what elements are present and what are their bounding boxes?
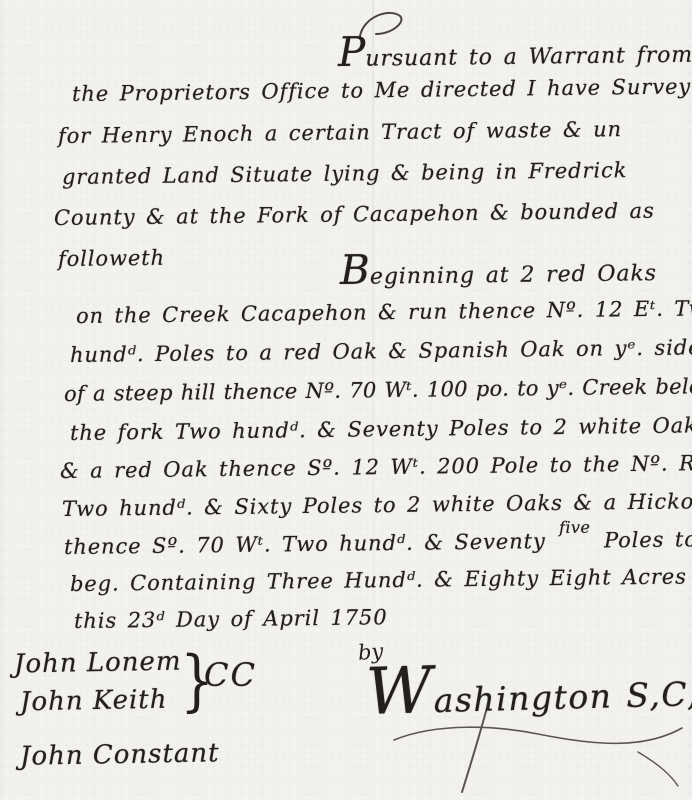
chain-carriers-label: CC (204, 656, 257, 694)
manuscript-line: County & at the Fork of Cacapehon & boun… (54, 199, 655, 230)
manuscript-line: this 23ᵈ Day of April 1750 (74, 605, 388, 633)
manuscript-line: granted Land Situate lying & being in Fr… (62, 158, 628, 189)
manuscript-line: the fork Two hundᵈ. & Seventy Poles to 2… (70, 413, 692, 445)
manuscript-line: Two hundᵈ. & Sixty Poles to 2 white Oaks… (62, 489, 692, 521)
witness-name: John Constant (20, 738, 220, 771)
inserted-word: five (559, 518, 590, 537)
manuscript-line: of a steep hill thence Nº. 70 Wᵗ. 100 po… (64, 374, 692, 406)
manuscript-line: & a red Oak thence Sº. 12 Wᵗ. 200 Pole t… (60, 451, 692, 483)
manuscript-page: Pursuant to a Warrant from the Proprieto… (0, 0, 692, 800)
manuscript-line: Beginning at 2 red Oaks (340, 254, 657, 290)
manuscript-line: beg. Containing Three Hundᵈ. & Eighty Ei… (70, 564, 687, 596)
line-segment: thence Sº. 70 Wᵗ. Two hundᵈ. & Seventy (64, 529, 546, 559)
manuscript-line: the Proprietors Office to Me directed I … (72, 74, 692, 106)
manuscript-line: on the Creek Cacapehon & run thence Nº. … (76, 296, 692, 328)
witness-name: John Keith (20, 685, 168, 718)
manuscript-line: followeth (58, 246, 165, 271)
manuscript-line: hundᵈ. Poles to a red Oak & Spanish Oak … (70, 335, 692, 367)
manuscript-line: thence Sº. 70 Wᵗ. Two hundᵈ. & Seventy f… (64, 527, 692, 559)
witness-name: John Lonem (14, 647, 182, 680)
manuscript-line: for Henry Enoch a certain Tract of waste… (58, 117, 622, 148)
line-segment: Poles to the (604, 527, 692, 553)
manuscript-line: Pursuant to a Warrant from (338, 36, 692, 72)
signature-flourish-icon (388, 702, 688, 797)
